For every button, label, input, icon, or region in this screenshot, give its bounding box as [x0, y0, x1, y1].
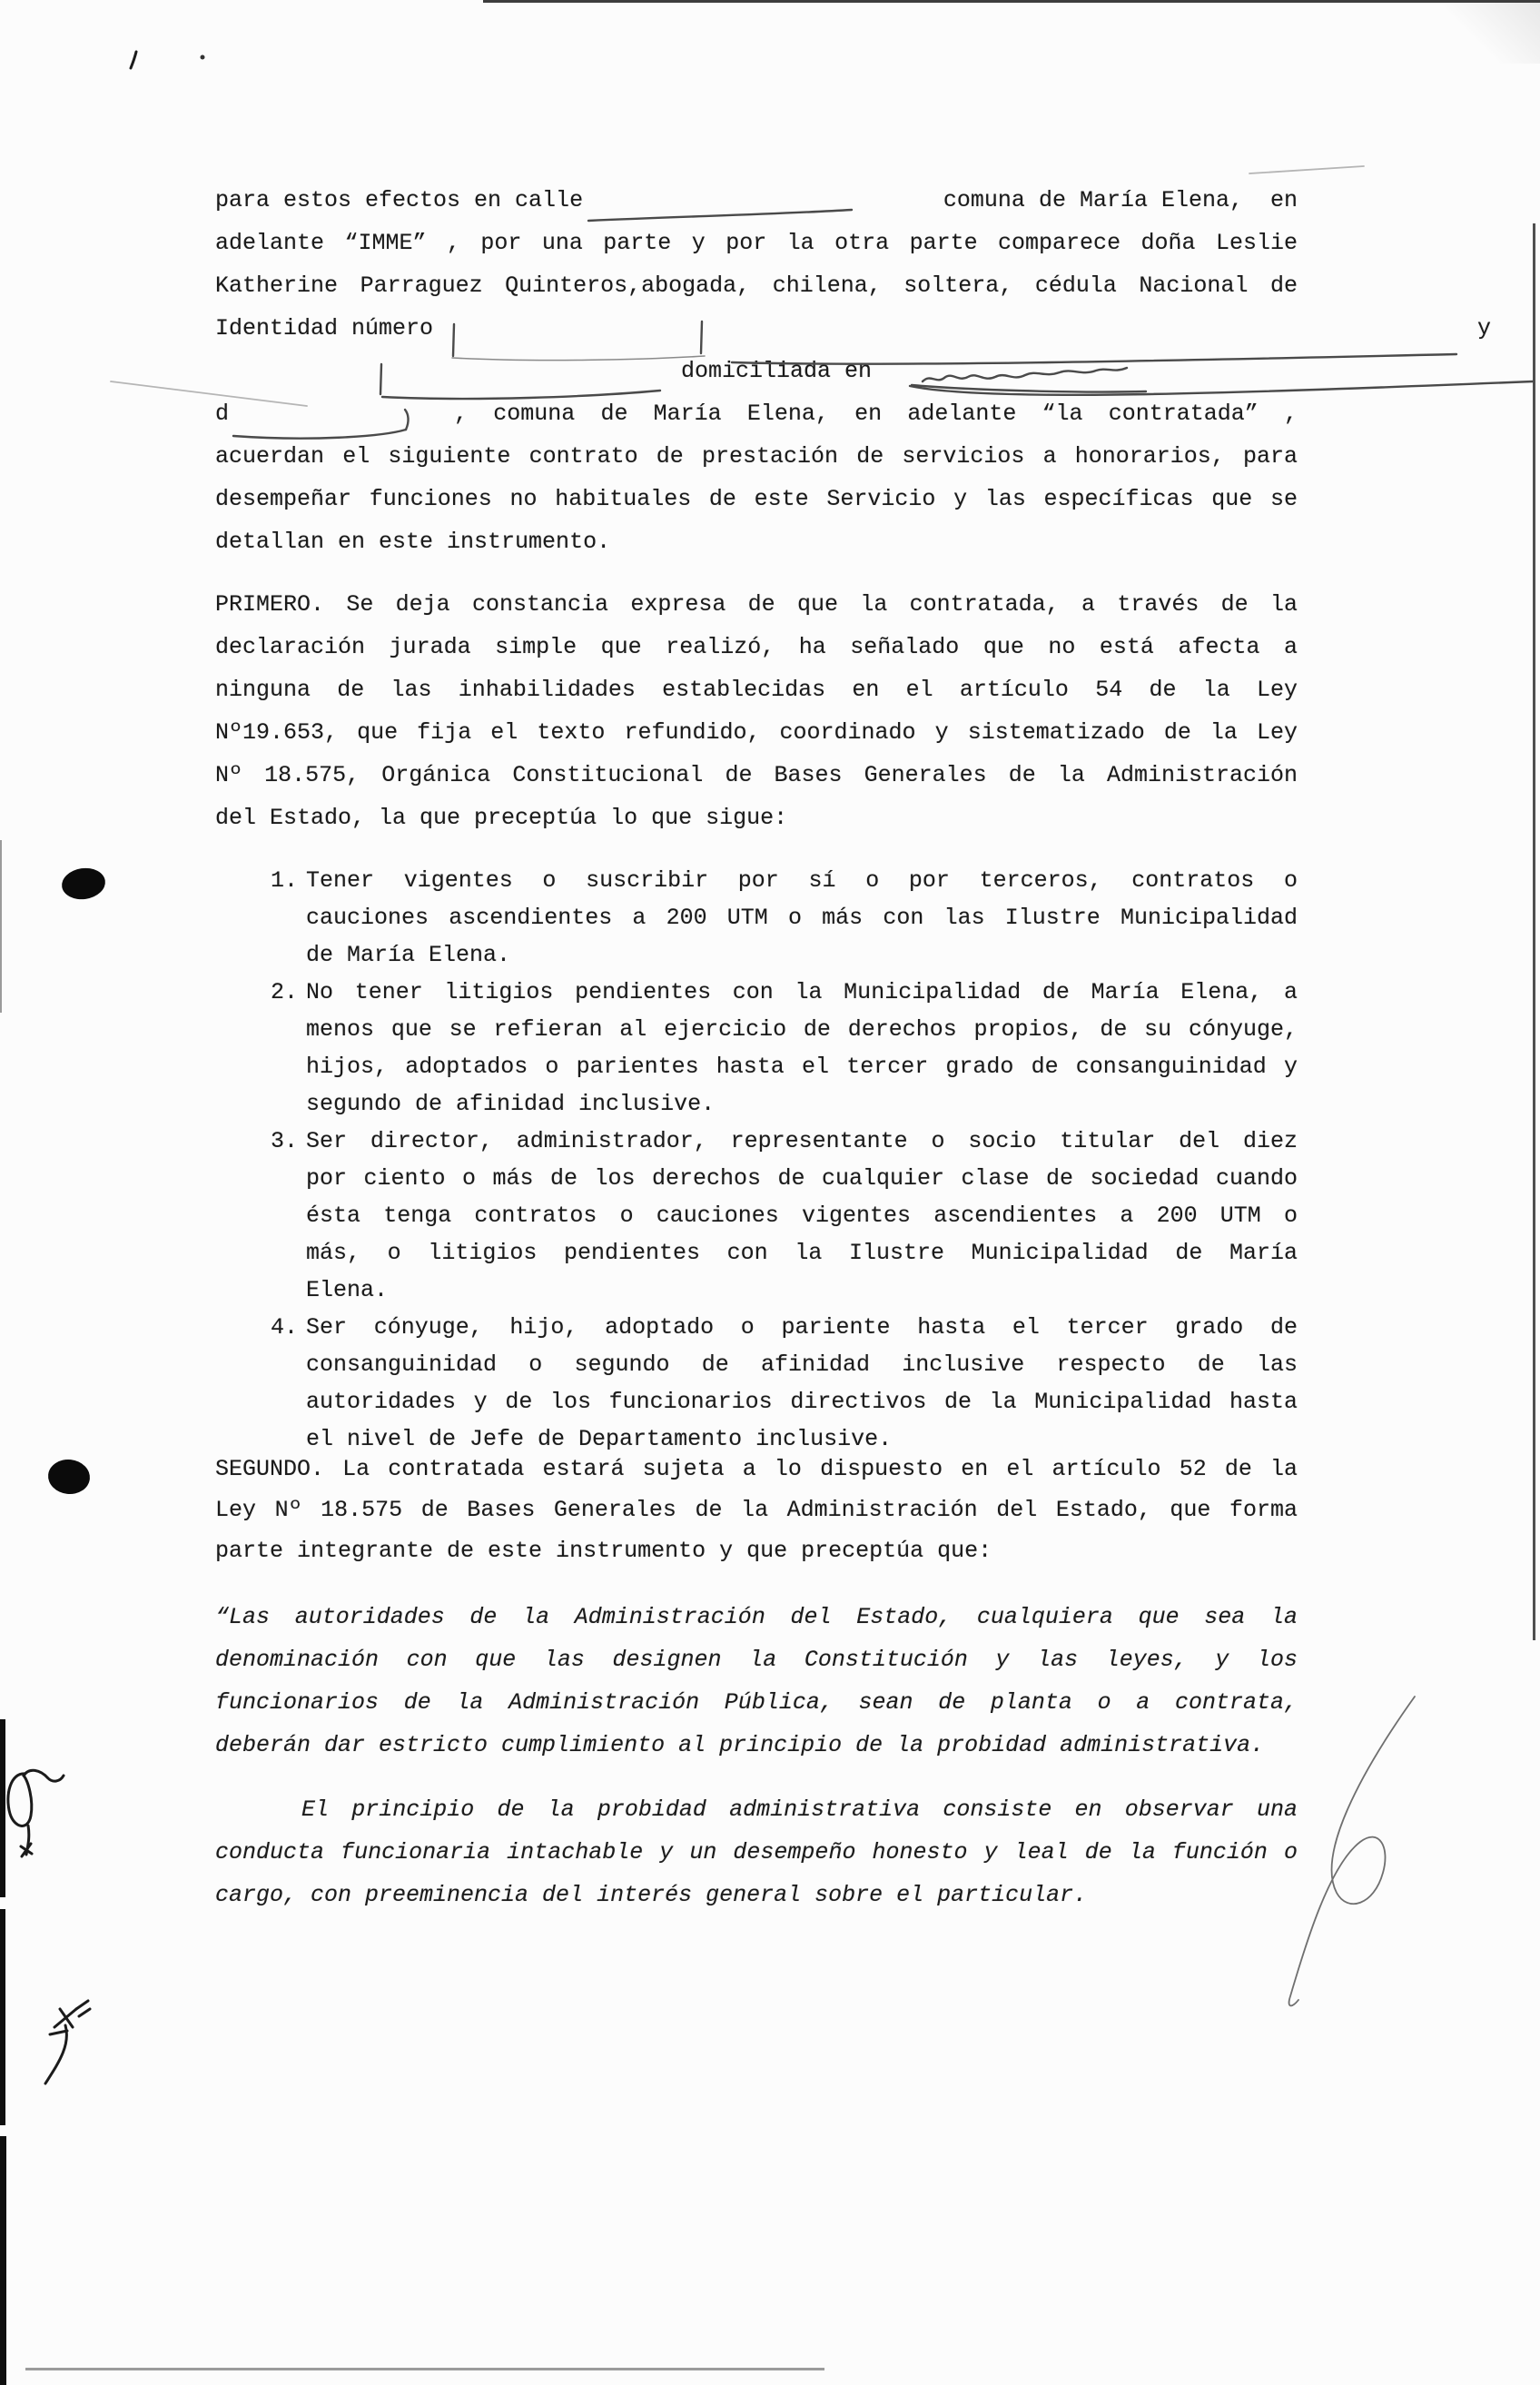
text-fragment: denominación con que las designen la Con…	[215, 1638, 1298, 1681]
text-fragment: No tener litigios pendientes con la Muni…	[306, 974, 1298, 1011]
opening-paragraph: para estos efectos en callecomuna de Mar…	[215, 179, 1298, 563]
text-line: ésta tenga contratos o cauciones vigente…	[215, 1197, 1298, 1234]
text-fragment: ésta tenga contratos o cauciones vigente…	[306, 1197, 1298, 1234]
clause-segundo: SEGUNDO. La contratada estará sujeta a l…	[215, 1449, 1298, 1571]
text-line: domiciliada en	[215, 350, 1298, 392]
text-line: Ley Nº 18.575 de Bases Generales de la A…	[215, 1489, 1298, 1530]
text-line: por ciento o más de los derechos de cual…	[215, 1160, 1298, 1197]
text-fragment: Tener vigentes o suscribir por sí o por …	[306, 862, 1298, 899]
text-fragment: , comuna de María Elena, en adelante “la…	[454, 392, 1298, 435]
document-page: para estos efectos en callecomuna de Mar…	[0, 0, 1540, 2385]
text-line: parte integrante de este instrumento y q…	[215, 1530, 1298, 1571]
text-fragment: hijos, adoptados o parientes hasta el te…	[306, 1048, 1298, 1085]
blank-space	[433, 307, 1477, 350]
scan-corner-shade	[1440, 0, 1540, 64]
text-fragment: Ser cónyuge, hijo, adoptado o pariente h…	[306, 1309, 1298, 1346]
text-line: denominación con que las designen la Con…	[215, 1638, 1298, 1681]
text-line: El principio de la probidad administrati…	[215, 1788, 1298, 1831]
text-fragment: segundo de afinidad inclusive.	[306, 1085, 1298, 1123]
text-line: cauciones ascendientes a 200 UTM o más c…	[215, 899, 1298, 936]
contract-text-layer: para estos efectos en callecomuna de Mar…	[0, 0, 1540, 2385]
text-line: consanguinidad o segundo de afinidad inc…	[215, 1346, 1298, 1383]
list-number: 4.	[271, 1309, 298, 1346]
text-line: 2.No tener litigios pendientes con la Mu…	[215, 974, 1298, 1011]
text-fragment: ninguna de las inhabilidades establecida…	[215, 668, 1298, 711]
text-line: para estos efectos en callecomuna de Mar…	[215, 179, 1298, 222]
text-line: d, comuna de María Elena, en adelante “l…	[215, 392, 1298, 435]
text-fragment: domiciliada en	[681, 350, 872, 392]
text-line: acuerdan el siguiente contrato de presta…	[215, 435, 1298, 478]
text-line: funcionarios de la Administración Públic…	[215, 1681, 1298, 1724]
text-fragment: PRIMERO. Se deja constancia expresa de q…	[215, 583, 1298, 626]
text-line: de María Elena.	[215, 936, 1298, 974]
text-line: Nº19.653, que fija el texto refundido, c…	[215, 711, 1298, 754]
text-fragment: declaración jurada simple que realizó, h…	[215, 626, 1298, 668]
inhabilities-list: 1.Tener vigentes o suscribir por sí o po…	[215, 862, 1298, 1458]
text-line: Katherine Parraguez Quinteros,abogada, c…	[215, 264, 1298, 307]
text-fragment: autoridades y de los funcionarios direct…	[306, 1383, 1298, 1420]
text-fragment: Ley Nº 18.575 de Bases Generales de la A…	[215, 1489, 1298, 1530]
text-line: cargo, con preeminencia del interés gene…	[215, 1874, 1298, 1916]
text-fragment: d	[215, 392, 229, 435]
text-line: adelante “IMME” , por una parte y por la…	[215, 222, 1298, 264]
blank-space	[215, 350, 681, 392]
blank-space	[583, 179, 943, 222]
text-fragment: acuerdan el siguiente contrato de presta…	[215, 435, 1298, 478]
text-line: deberán dar estricto cumplimiento al pri…	[215, 1724, 1298, 1766]
text-fragment: Identidad número	[215, 307, 433, 350]
text-line: SEGUNDO. La contratada estará sujeta a l…	[215, 1449, 1298, 1489]
text-fragment: cargo, con preeminencia del interés gene…	[215, 1874, 1298, 1916]
text-fragment: menos que se refieran al ejercicio de de…	[306, 1011, 1298, 1048]
text-line: 3.Ser director, administrador, represent…	[215, 1123, 1298, 1160]
text-line: conducta funcionaria intachable y un des…	[215, 1831, 1298, 1874]
text-line: “Las autoridades de la Administración de…	[215, 1596, 1298, 1638]
list-number: 1.	[271, 862, 298, 899]
blank-space	[229, 392, 454, 435]
text-line: menos que se refieran al ejercicio de de…	[215, 1011, 1298, 1048]
text-fragment: deberán dar estricto cumplimiento al pri…	[215, 1724, 1298, 1766]
text-fragment: y	[1477, 307, 1491, 350]
text-line: del Estado, la que preceptúa lo que sigu…	[215, 797, 1298, 839]
quote-probidad-1: “Las autoridades de la Administración de…	[215, 1596, 1298, 1766]
text-line: declaración jurada simple que realizó, h…	[215, 626, 1298, 668]
list-number: 3.	[271, 1123, 298, 1160]
text-fragment: adelante “IMME” , por una parte y por la…	[215, 222, 1298, 264]
text-fragment: Ser director, administrador, representan…	[306, 1123, 1298, 1160]
text-fragment: más, o litigios pendientes con la Ilustr…	[306, 1234, 1298, 1272]
text-fragment: del Estado, la que preceptúa lo que sigu…	[215, 797, 1298, 839]
quote-probidad-2: El principio de la probidad administrati…	[215, 1788, 1298, 1916]
list-number: 2.	[271, 974, 298, 1011]
text-line: hijos, adoptados o parientes hasta el te…	[215, 1048, 1298, 1085]
text-line: Elena.	[215, 1272, 1298, 1309]
text-fragment: para estos efectos en calle	[215, 179, 583, 222]
text-fragment: funcionarios de la Administración Públic…	[215, 1681, 1298, 1724]
text-line: 4.Ser cónyuge, hijo, adoptado o pariente…	[215, 1309, 1298, 1346]
text-fragment: comuna de María Elena, en	[943, 179, 1298, 222]
text-fragment: El principio de la probidad administrati…	[215, 1788, 1298, 1831]
text-line: ninguna de las inhabilidades establecida…	[215, 668, 1298, 711]
text-fragment: por ciento o más de los derechos de cual…	[306, 1160, 1298, 1197]
text-line: segundo de afinidad inclusive.	[215, 1085, 1298, 1123]
text-fragment: detallan en este instrumento.	[215, 520, 1298, 563]
text-fragment: Elena.	[306, 1272, 1298, 1309]
text-fragment: desempeñar funciones no habituales de es…	[215, 478, 1298, 520]
text-line: desempeñar funciones no habituales de es…	[215, 478, 1298, 520]
text-fragment: cauciones ascendientes a 200 UTM o más c…	[306, 899, 1298, 936]
text-line: detallan en este instrumento.	[215, 520, 1298, 563]
text-line: autoridades y de los funcionarios direct…	[215, 1383, 1298, 1420]
text-fragment: “Las autoridades de la Administración de…	[215, 1596, 1298, 1638]
clause-primero: PRIMERO. Se deja constancia expresa de q…	[215, 583, 1298, 839]
text-fragment: parte integrante de este instrumento y q…	[215, 1530, 1298, 1571]
text-fragment: conducta funcionaria intachable y un des…	[215, 1831, 1298, 1874]
text-fragment: de María Elena.	[306, 936, 1298, 974]
text-line: Identidad númeroy	[215, 307, 1491, 350]
text-fragment: SEGUNDO. La contratada estará sujeta a l…	[215, 1449, 1298, 1489]
text-fragment: consanguinidad o segundo de afinidad inc…	[306, 1346, 1298, 1383]
text-line: Nº 18.575, Orgánica Constitucional de Ba…	[215, 754, 1298, 797]
text-line: más, o litigios pendientes con la Ilustr…	[215, 1234, 1298, 1272]
text-fragment: Nº 18.575, Orgánica Constitucional de Ba…	[215, 754, 1298, 797]
text-line: PRIMERO. Se deja constancia expresa de q…	[215, 583, 1298, 626]
text-line: 1.Tener vigentes o suscribir por sí o po…	[215, 862, 1298, 899]
text-fragment: Nº19.653, que fija el texto refundido, c…	[215, 711, 1298, 754]
text-fragment: Katherine Parraguez Quinteros,abogada, c…	[215, 264, 1298, 307]
